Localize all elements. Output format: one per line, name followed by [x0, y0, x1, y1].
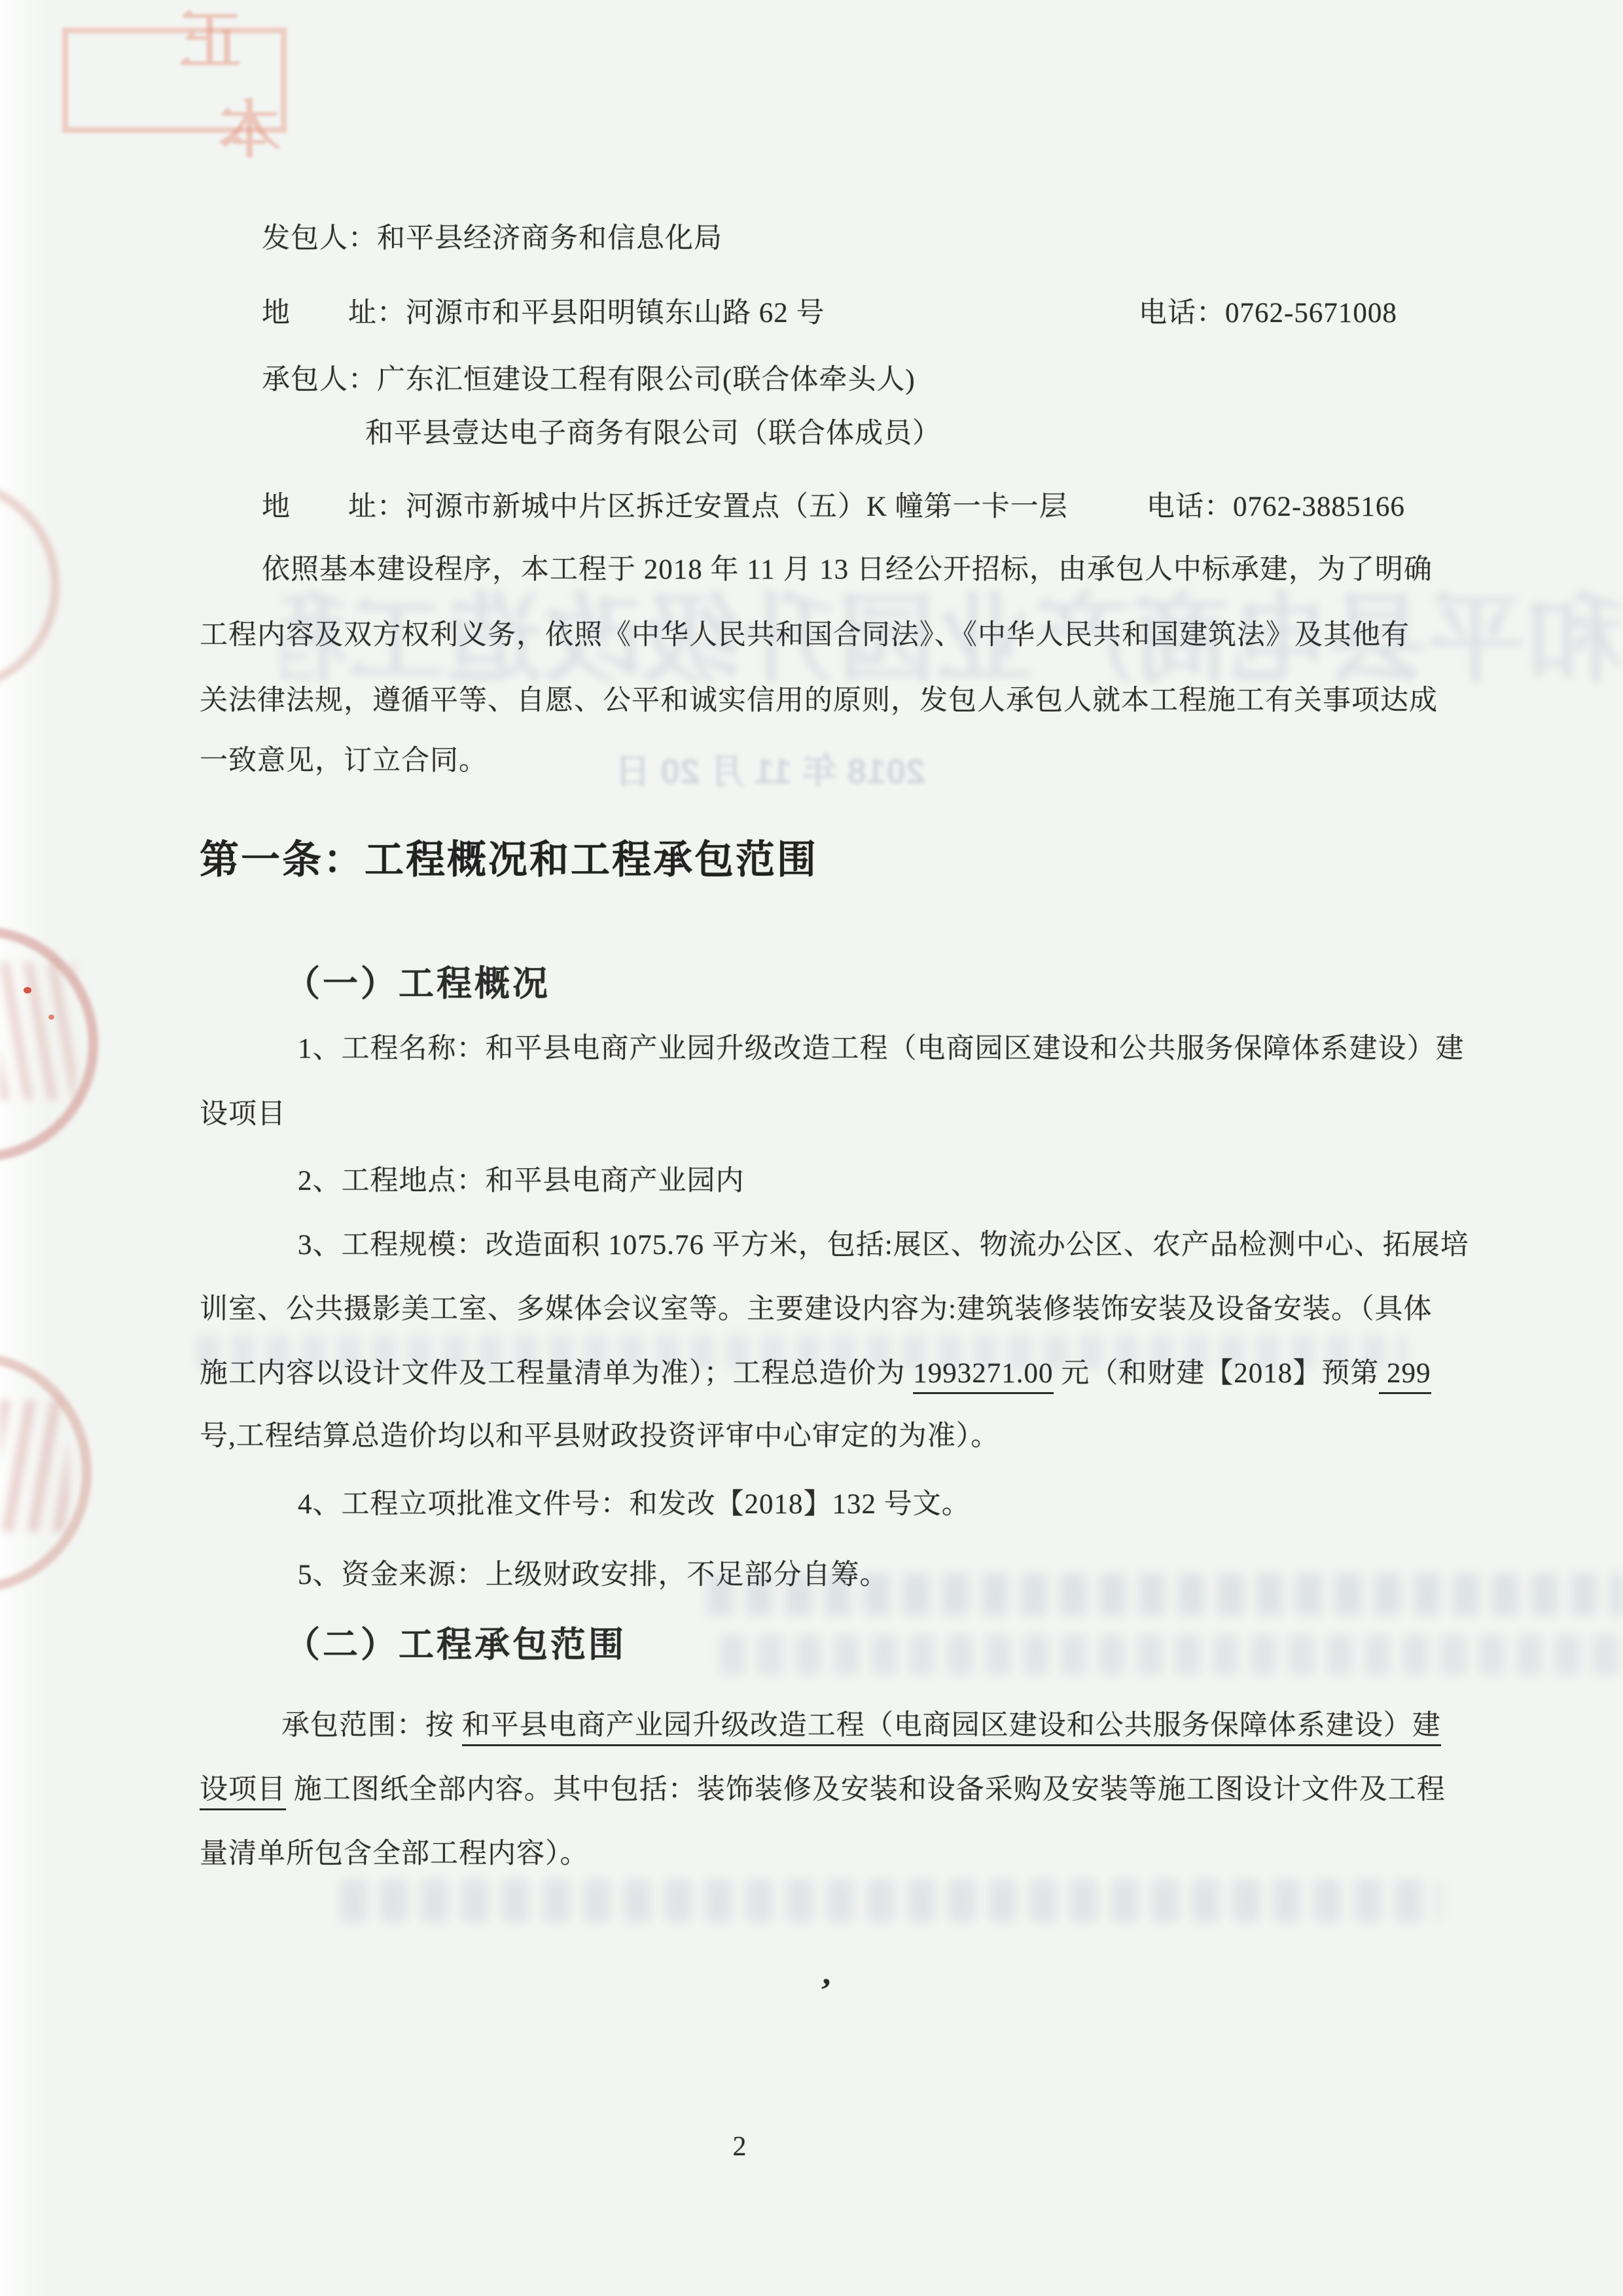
contractor-phone-line: 电话：0762-3885166 — [1147, 484, 1405, 524]
item1-project-name-line1: 1、工程名称：和平县电商产业园升级改造工程（电商园区建设和公共服务保障体系建设）… — [298, 1026, 1465, 1066]
scope-prefix: 承包范围：按 — [281, 1710, 462, 1741]
contractor-member-name: 和平县壹达电子商务有限公司（联合体成员） — [365, 418, 941, 449]
phone-label: 电话： — [1147, 492, 1233, 522]
contractor-lead-name: 广东汇恒建设工程有限公司(联合体牵头人) — [377, 365, 916, 395]
bleedthrough-date: 2018 年 11 月 20 日 — [615, 744, 925, 794]
contractor-phone: 0762-3885166 — [1233, 492, 1405, 522]
contractor-member-line: 和平县壹达电子商务有限公司（联合体成员） — [365, 411, 941, 451]
item3-project-scale-line2: 训室、公共摄影美工室、多媒体会议室等。主要建设内容为:建筑装修装饰安装及设备安装… — [200, 1287, 1432, 1327]
address-label: 地 址： — [262, 492, 406, 522]
item3-project-scale-line1: 3、工程规模：改造面积 1075.76 平方米，包括:展区、物流办公区、农产品检… — [298, 1223, 1469, 1263]
preamble-line-4: 一致意见，订立合同。 — [200, 738, 488, 778]
employer-address-line: 地 址：河源市和平县阳明镇东山路 62 号 — [262, 291, 825, 331]
scope-line2-rest: 施工图纸全部内容。其中包括：装饰装修及安装和设备采购及安装等施工图设计文件及工程 — [286, 1774, 1446, 1805]
scanned-contract-page: 正本 和平县电商产业园升级改造工程 2018 年 11 月 20 日 发包人：和… — [0, 0, 1623, 2296]
contractor-label: 承包人： — [262, 365, 377, 395]
item3-line3-mid: 元（和财建【2018】预第 — [1054, 1358, 1380, 1389]
scope-project-name-underlined: 设项目 — [200, 1774, 286, 1810]
article1-title: 第一条：工程概况和工程承包范围 — [200, 829, 818, 885]
item1-project-name-line2: 设项目 — [200, 1092, 286, 1132]
item5-funding-source: 5、资金来源：上级财政安排，不足部分自筹。 — [298, 1552, 889, 1592]
scope-line-3: 量清单所包含全部工程内容）。 — [200, 1831, 589, 1871]
scan-edge-highlight — [0, 0, 49, 2296]
item3-project-scale-line4: 号,工程结算总造价均以和平县财政投资评审中心审定的为准）。 — [200, 1414, 999, 1454]
section2-heading: （二）工程承包范围 — [285, 1617, 626, 1667]
page-number: 2 — [713, 2131, 766, 2162]
employer-name: 和平县经济商务和信息化局 — [377, 223, 722, 254]
item3-project-scale-line3: 施工内容以设计文件及工程量清单为准）；工程总造价为 1993271.00 元（和… — [200, 1351, 1431, 1391]
item2-project-location: 2、工程地点：和平县电商产业园内 — [298, 1158, 745, 1198]
scope-line-2: 设项目 施工图纸全部内容。其中包括：装饰装修及安装和设备采购及安装等施工图设计文… — [200, 1767, 1446, 1807]
budget-doc-number: 299 — [1379, 1358, 1431, 1394]
item3-line3-prefix: 施工内容以设计文件及工程量清单为准）；工程总造价为 — [200, 1358, 913, 1389]
employer-phone: 0762-5671008 — [1225, 298, 1397, 329]
total-price-value: 1993271.00 — [913, 1358, 1053, 1394]
ink-mark: ’ — [817, 1971, 834, 2011]
preamble-line-2: 工程内容及双方权利义务，依照《中华人民共和国合同法》、《中华人民共和国建筑法》及… — [200, 613, 1410, 653]
contractor-line: 承包人：广东汇恒建设工程有限公司(联合体牵头人) — [262, 357, 916, 397]
employer-label: 发包人： — [262, 223, 377, 254]
scope-line-1: 承包范围：按 和平县电商产业园升级改造工程（电商园区建设和公共服务保障体系建设）… — [281, 1703, 1441, 1743]
employer-phone-line: 电话：0762-5671008 — [1139, 291, 1397, 331]
scope-project-name-underlined: 和平县电商产业园升级改造工程（电商园区建设和公共服务保障体系建设）建 — [462, 1710, 1441, 1746]
employer-address: 河源市和平县阳明镇东山路 62 号 — [406, 298, 825, 329]
phone-label: 电话： — [1139, 298, 1225, 329]
red-ink-speck — [48, 1014, 54, 1020]
employer-line: 发包人：和平县经济商务和信息化局 — [262, 216, 722, 256]
address-label: 地 址： — [262, 298, 406, 329]
red-ink-speck — [24, 987, 31, 994]
bleedthrough-streak — [720, 1635, 1623, 1674]
bleedthrough-streak — [340, 1880, 1440, 1922]
zhengben-stamp: 正本 — [62, 27, 287, 133]
contractor-address-line: 地 址：河源市新城中片区拆迁安置点（五）K 幢第一卡一层 — [262, 484, 1068, 524]
preamble-line-1: 依照基本建设程序，本工程于 2018 年 11 月 13 日经公开招标，由承包人… — [262, 547, 1433, 587]
section1-heading: （一）工程概况 — [285, 956, 550, 1006]
contractor-address: 河源市新城中片区拆迁安置点（五）K 幢第一卡一层 — [406, 492, 1068, 522]
item4-approval-document: 4、工程立项批准文件号：和发改【2018】132 号文。 — [298, 1482, 971, 1522]
preamble-line-3: 关法律法规，遵循平等、自愿、公平和诚实信用的原则，发包人承包人就本工程施工有关事… — [200, 678, 1438, 718]
